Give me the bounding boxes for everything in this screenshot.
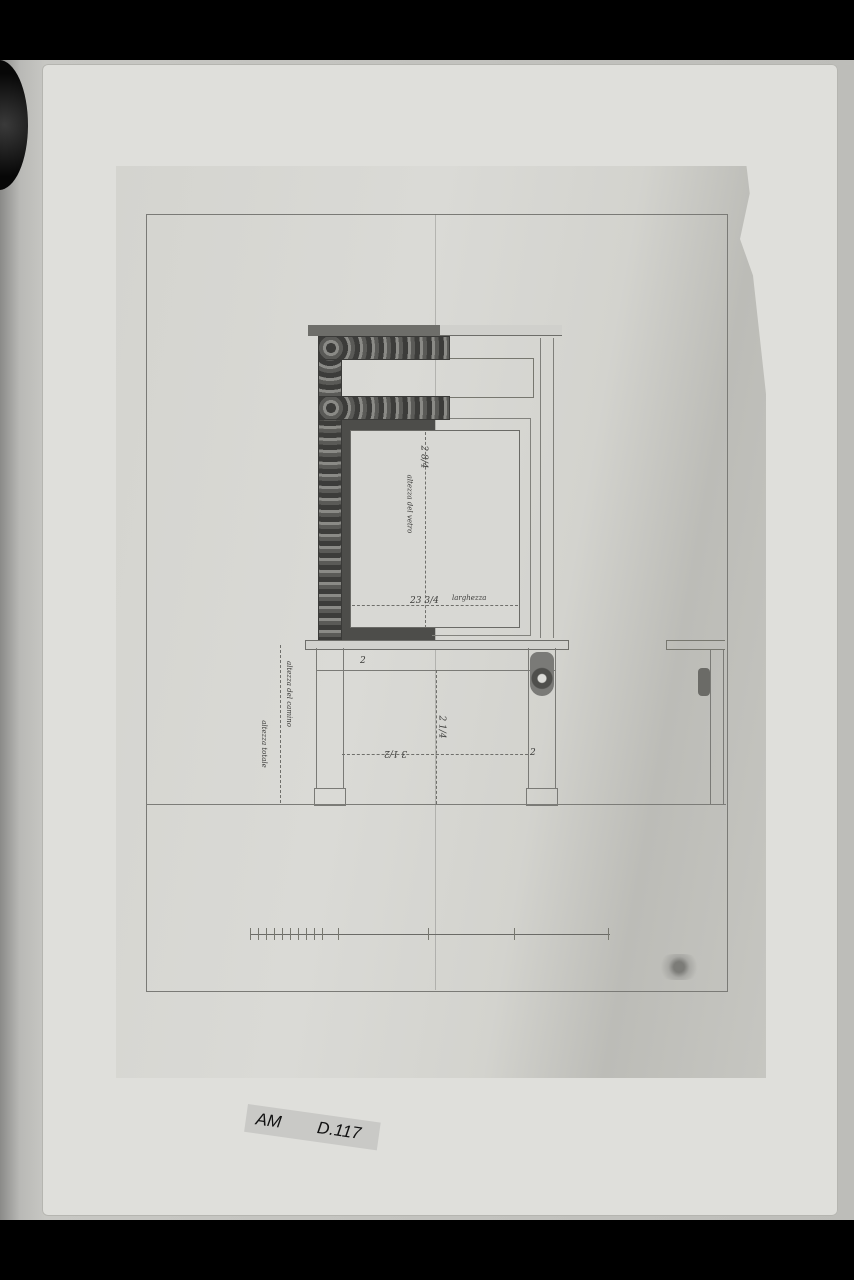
rosette-ornament-vertical: [318, 336, 342, 642]
opening-height-label: 2 1/4: [437, 715, 447, 738]
mirror-height-note: altezza del vetro: [405, 475, 413, 534]
margin-note-2: altezza totale: [260, 720, 268, 768]
opening-width-label: 3 1/2: [384, 748, 407, 758]
mask-corbel: [530, 652, 554, 696]
mantel-frieze: [316, 648, 556, 671]
side-profile-jamb: [710, 650, 724, 804]
scale-bar: [250, 934, 610, 935]
archive-collection: AM: [255, 1109, 283, 1132]
rosette-ornament-middle: [318, 396, 450, 420]
left-jamb: [316, 648, 344, 788]
overmantel-cornice: [308, 325, 562, 336]
floor-line: [146, 804, 726, 805]
side-profile-corbel: [698, 668, 710, 696]
jamb-dim-right: 2: [530, 748, 536, 758]
opening-width-dimension: [342, 754, 528, 755]
frieze-dim-left: 2: [360, 656, 366, 666]
overmantel-right-pilaster: [540, 338, 554, 638]
mirror-width-note: larghezza: [452, 594, 486, 602]
overmantel-top-panel: [340, 358, 534, 398]
right-plinth: [526, 788, 558, 806]
mirror-frame-outline: [432, 418, 531, 636]
collection-stamp: [656, 954, 702, 980]
side-profile-shelf: [666, 640, 725, 650]
archive-number: D.117: [316, 1118, 362, 1144]
mirror-height-label: 2 8/4: [419, 445, 429, 468]
mirror-width-label: 23 3/4: [410, 596, 439, 606]
margin-note-1: altezza del camino: [285, 661, 293, 727]
left-plinth: [314, 788, 346, 806]
overall-height-dimension: [280, 645, 281, 803]
rosette-ornament-top: [318, 336, 450, 360]
